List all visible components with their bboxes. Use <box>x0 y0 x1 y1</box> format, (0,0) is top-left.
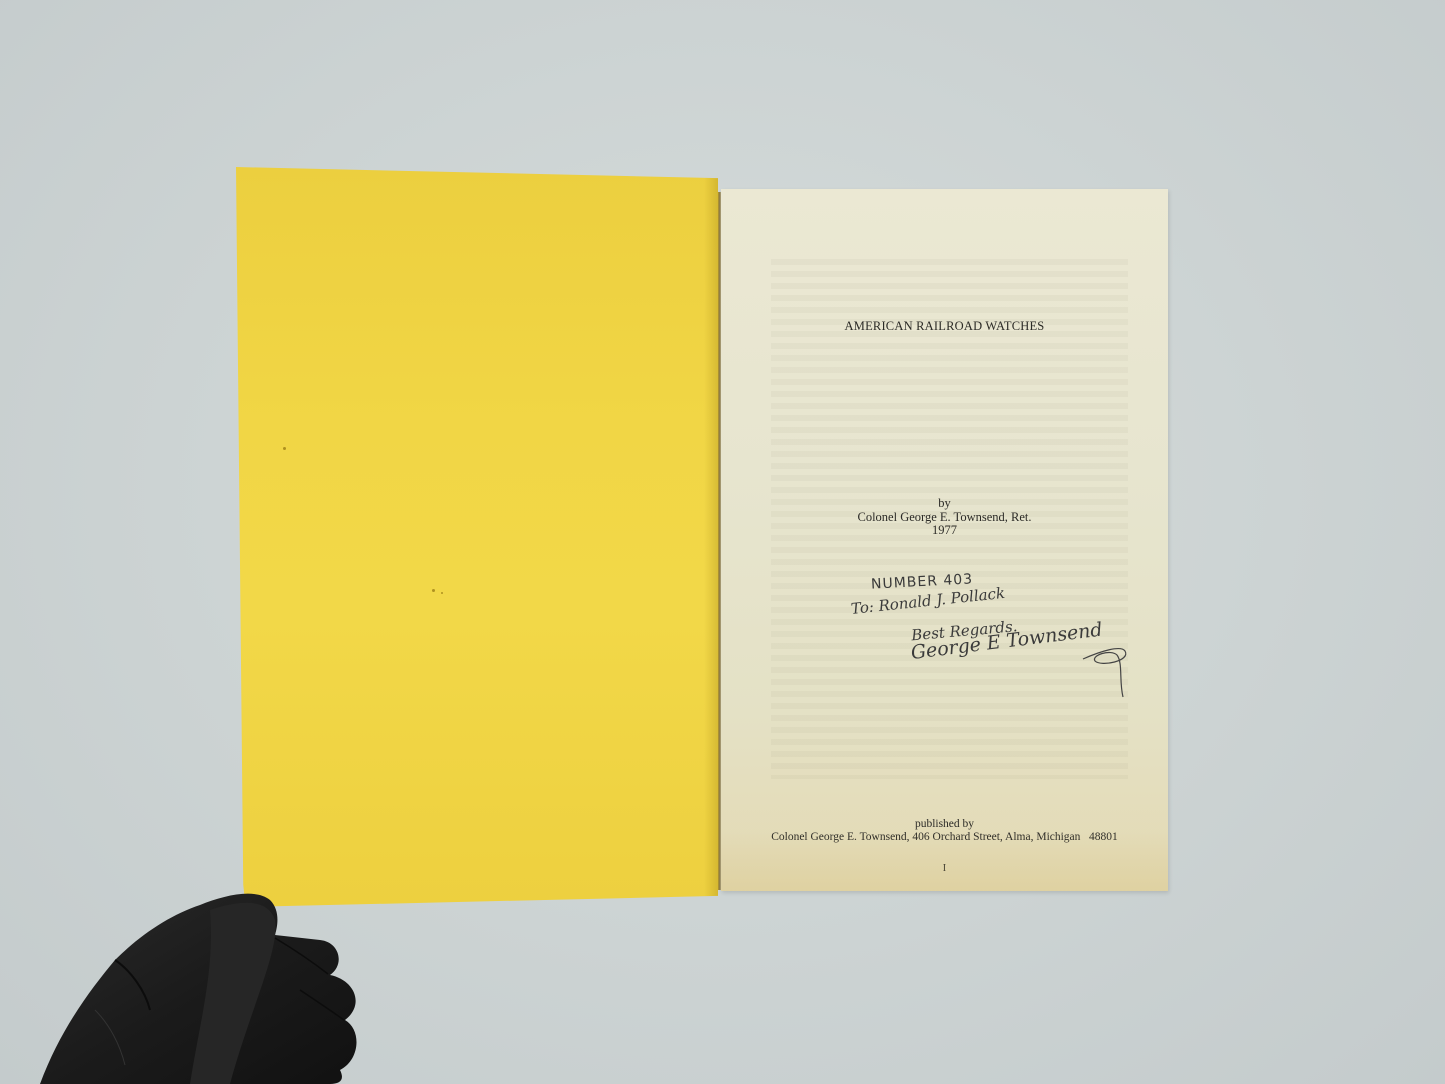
paper-speck <box>283 447 286 450</box>
byline-author: Colonel George E. Townsend, Ret. <box>721 511 1168 525</box>
paper-speck <box>432 589 435 592</box>
page-number: I <box>721 862 1168 874</box>
book-title: AMERICAN RAILROAD WATCHES <box>721 319 1168 334</box>
yellow-inside-cover <box>236 167 718 907</box>
title-page: AMERICAN RAILROAD WATCHES by Colonel Geo… <box>721 189 1168 891</box>
byline-by: by <box>721 497 1168 511</box>
photo-scene: AMERICAN RAILROAD WATCHES by Colonel Geo… <box>0 0 1445 1084</box>
paper-speck <box>441 592 443 594</box>
publisher-info: published by Colonel George E. Townsend,… <box>721 818 1168 843</box>
signature-flourish-icon <box>1081 641 1141 701</box>
publisher-label: published by <box>721 818 1168 831</box>
byline-year: 1977 <box>721 524 1168 538</box>
handwritten-inscription: NUMBER 403 To: Ronald J. Pollack Best Re… <box>851 571 1104 664</box>
byline: by Colonel George E. Townsend, Ret. 1977 <box>721 497 1168 538</box>
publisher-address: Colonel George E. Townsend, 406 Orchard … <box>721 831 1168 844</box>
black-gloved-hand-icon <box>0 880 380 1084</box>
